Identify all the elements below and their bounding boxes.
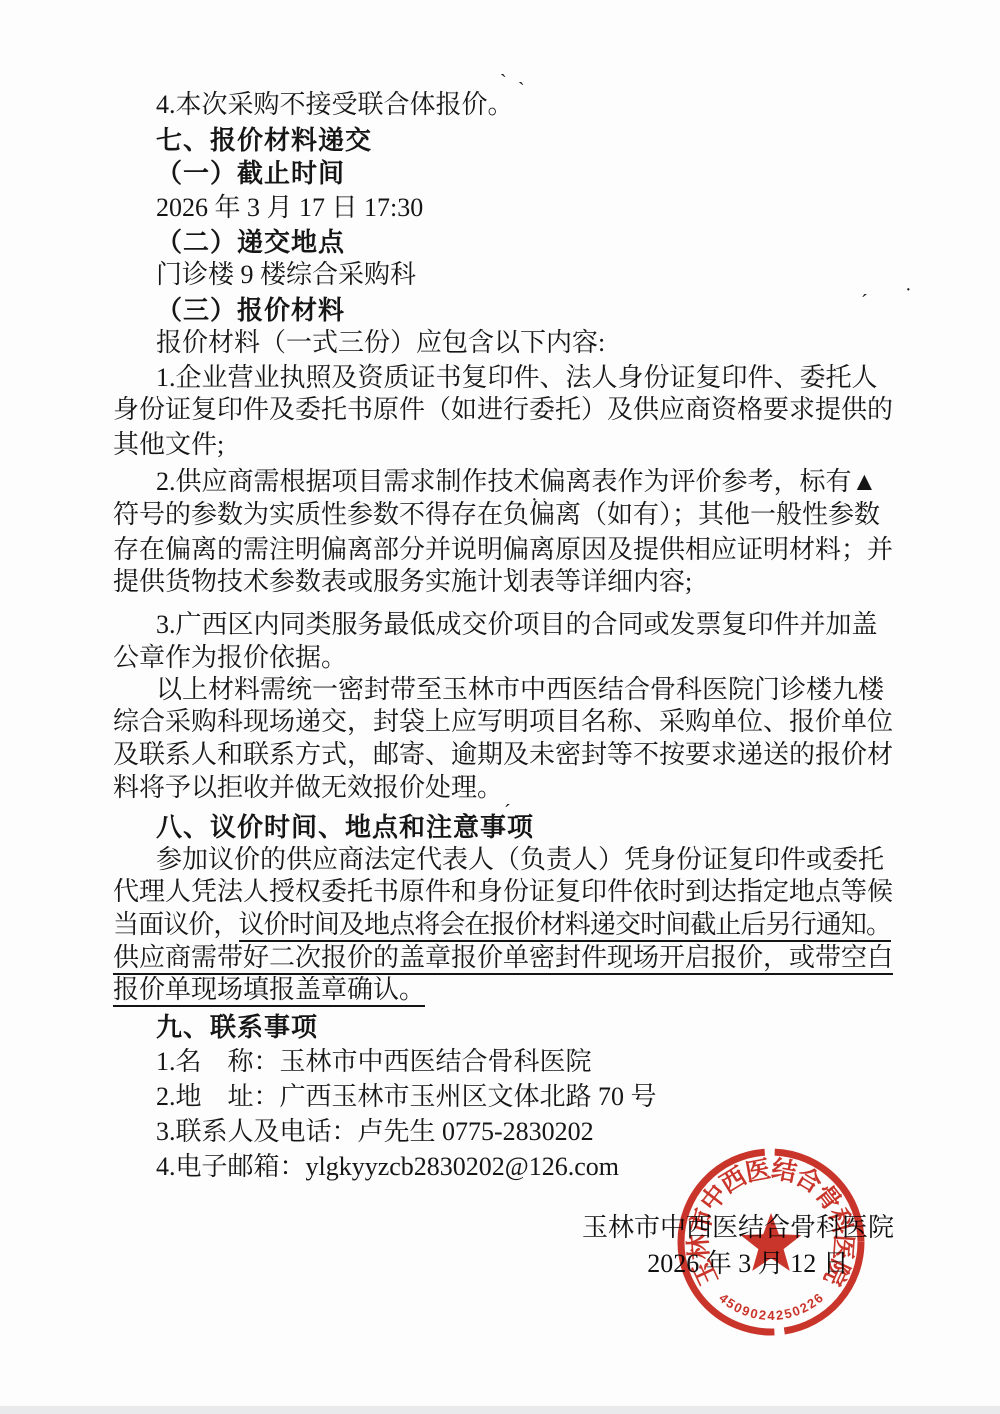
text-line: 提供货物技术参数表或服务实施计划表等详细内容; (113, 567, 897, 599)
text-segment: 当面议价， (113, 910, 239, 939)
official-seal-stamp: 玉林市中西医结合骨科医院 4509024250226 (671, 1142, 871, 1342)
scanned-document-page: 4.本次采购不接受联合体报价。七、报价材料递交（一）截止时间2026 年 3 月… (0, 0, 1000, 1414)
scan-artifact: ˊ (504, 802, 511, 822)
scan-artifact: · (905, 280, 912, 300)
heading-line: （一）截止时间 (113, 158, 940, 190)
heading-line: 九、联系事项 (113, 1012, 940, 1044)
scan-edge (0, 1406, 1000, 1414)
underlined-text-segment: 供应商需带好二次报价的盖章报价单密封件现场开启报价，或带空白 (113, 943, 893, 975)
text-line: 门诊楼 9 楼综合采购科 (113, 260, 940, 292)
heading-line: 七、报价材料递交 (113, 125, 940, 157)
scan-artifact: ˋ (518, 80, 525, 100)
text-line: 综合采购科现场递交，封袋上应写明项目名称、采购单位、报价单位 (113, 707, 897, 739)
text-line: 2.供应商需根据项目需求制作技术偏离表作为评价参考，标有▲ (113, 467, 940, 499)
underlined-text-segment: 议价时间及地点将会在报价材料递交时间截止后另行通知。 (239, 910, 892, 942)
text-line: 报价单现场填报盖章确认。 (113, 975, 897, 1007)
text-line: 供应商需带好二次报价的盖章报价单密封件现场开启报价，或带空白 (113, 943, 897, 975)
text-line: 存在偏离的需注明偏离部分并说明偏离原因及提供相应证明材料；并 (113, 535, 897, 567)
heading-line: （三）报价材料 (113, 295, 940, 327)
text-line: 身份证复印件及委托书原件（如进行委托）及供应商资格要求提供的 (113, 395, 897, 427)
text-line: 1.企业营业执照及资质证书复印件、法人身份证复印件、委托人 (113, 363, 940, 395)
text-line: 2.地 址：广西玉林市玉州区文体北路 70 号 (113, 1082, 940, 1114)
text-line: 公章作为报价依据。 (113, 643, 897, 675)
seal-code-digit: 4 (767, 1308, 775, 1323)
heading-line: 八、议价时间、地点和注意事项 (113, 812, 940, 844)
scan-artifact: · (531, 490, 538, 510)
text-line: 代理人凭法人授权委托书原件和身份证复印件依时到达指定地点等候 (113, 877, 897, 909)
text-line: 当面议价，议价时间及地点将会在报价材料递交时间截止后另行通知。 (113, 910, 897, 942)
text-line: 4.本次采购不接受联合体报价。 (113, 90, 940, 122)
text-line: 以上材料需统一密封带至玉林市中西医结合骨科医院门诊楼九楼 (113, 675, 940, 707)
text-line: 符号的参数为实质性参数不得存在负偏离（如有）；其他一般性参数 (113, 500, 897, 532)
text-line: 参加议价的供应商法定代表人（负责人）凭身份证复印件或委托 (113, 845, 940, 877)
text-line: 报价材料（一式三份）应包含以下内容: (113, 328, 940, 360)
underlined-text-segment: 报价单现场填报盖章确认。 (113, 975, 425, 1007)
text-line: 3.广西区内同类服务最低成交价项目的合同或发票复印件并加盖 (113, 610, 940, 642)
text-line: 其他文件; (113, 430, 897, 462)
seal-star-icon (741, 1213, 802, 1271)
seal-code-digit: 2 (758, 1307, 767, 1323)
text-line: 及联系人和联系方式，邮寄、逾期及未密封等不按要求递送的报价材 (113, 740, 897, 772)
scan-artifact: ˊ (861, 292, 868, 312)
scan-artifact: ˋ (500, 72, 507, 92)
seal-code-number: 4509024250226 (716, 1290, 826, 1323)
text-line: 2026 年 3 月 17 日 17:30 (113, 193, 940, 225)
heading-line: （二）递交地点 (113, 227, 940, 259)
text-line: 1.名 称：玉林市中西医结合骨科医院 (113, 1047, 940, 1079)
